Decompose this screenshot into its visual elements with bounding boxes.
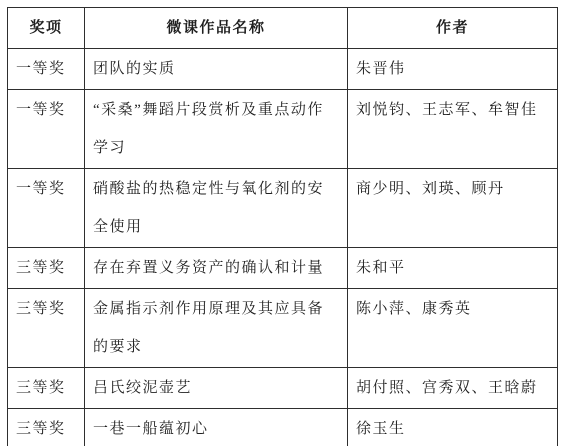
- header-title: 微课作品名称: [85, 8, 348, 49]
- award-cell: 一等奖: [8, 90, 85, 169]
- header-authors: 作者: [348, 8, 558, 49]
- title-cell: 吕氏绞泥壶艺: [85, 368, 348, 409]
- table-row: 一等奖 “采桑”舞蹈片段赏析及重点动作学习 刘悦钧、王志军、牟智佳: [8, 90, 558, 169]
- table-header-row: 奖项 微课作品名称 作者: [8, 8, 558, 49]
- title-cell: 金属指示剂作用原理及其应具备的要求: [85, 289, 348, 368]
- authors-cell: 胡付照、宫秀双、王晗蔚: [348, 368, 558, 409]
- title-cell: “采桑”舞蹈片段赏析及重点动作学习: [85, 90, 348, 169]
- award-cell: 一等奖: [8, 49, 85, 90]
- table-row: 三等奖 存在弃置义务资产的确认和计量 朱和平: [8, 248, 558, 289]
- award-cell: 三等奖: [8, 248, 85, 289]
- header-award: 奖项: [8, 8, 85, 49]
- award-cell: 一等奖: [8, 169, 85, 248]
- table-row: 一等奖 硝酸盐的热稳定性与氧化剂的安全使用 商少明、刘瑛、顾丹: [8, 169, 558, 248]
- table-row: 一等奖 团队的实质 朱晋伟: [8, 49, 558, 90]
- title-cell: 一巷一船蕴初心: [85, 409, 348, 446]
- table-row: 三等奖 一巷一船蕴初心 徐玉生: [8, 409, 558, 446]
- authors-cell: 朱晋伟: [348, 49, 558, 90]
- authors-cell: 商少明、刘瑛、顾丹: [348, 169, 558, 248]
- title-cell: 硝酸盐的热稳定性与氧化剂的安全使用: [85, 169, 348, 248]
- authors-cell: 刘悦钧、王志军、牟智佳: [348, 90, 558, 169]
- award-cell: 三等奖: [8, 368, 85, 409]
- award-cell: 三等奖: [8, 409, 85, 446]
- table-row: 三等奖 金属指示剂作用原理及其应具备的要求 陈小萍、康秀英: [8, 289, 558, 368]
- authors-cell: 徐玉生: [348, 409, 558, 446]
- authors-cell: 朱和平: [348, 248, 558, 289]
- document-page: 奖项 微课作品名称 作者 一等奖 团队的实质 朱晋伟 一等奖 “采桑”舞蹈片段赏…: [0, 0, 562, 446]
- title-cell: 团队的实质: [85, 49, 348, 90]
- award-cell: 三等奖: [8, 289, 85, 368]
- authors-cell: 陈小萍、康秀英: [348, 289, 558, 368]
- award-table: 奖项 微课作品名称 作者 一等奖 团队的实质 朱晋伟 一等奖 “采桑”舞蹈片段赏…: [7, 7, 558, 446]
- title-cell: 存在弃置义务资产的确认和计量: [85, 248, 348, 289]
- table-row: 三等奖 吕氏绞泥壶艺 胡付照、宫秀双、王晗蔚: [8, 368, 558, 409]
